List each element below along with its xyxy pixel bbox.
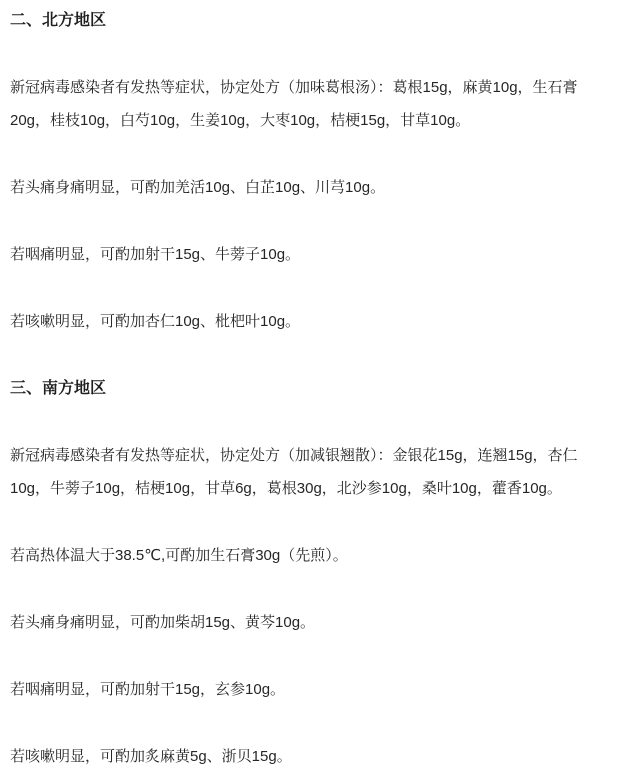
south-cough-addition-paragraph: 若咳嗽明显，可酌加炙麻黄5g、浙贝15g。 (10, 740, 629, 773)
text-line: 若高热体温大于38.5℃,可酌加生石膏30g（先煎）。 (10, 539, 629, 572)
north-headache-addition-paragraph: 若头痛身痛明显，可酌加羌活10g、白芷10g、川芎10g。 (10, 171, 629, 204)
text-line: 若咳嗽明显，可酌加炙麻黄5g、浙贝15g。 (10, 740, 629, 773)
document-page: 二、北方地区 新冠病毒感染者有发热等症状，协定处方（加味葛根汤）：葛根15g，麻… (0, 0, 637, 783)
south-prescription-paragraph: 新冠病毒感染者有发热等症状，协定处方（加减银翘散）：金银花15g，连翘15g，杏… (10, 439, 629, 505)
section-heading-south: 三、南方地区 (10, 372, 629, 405)
south-sore-throat-addition-paragraph: 若咽痛明显，可酌加射干15g，玄参10g。 (10, 673, 629, 706)
text-line: 若咽痛明显，可酌加射干15g，玄参10g。 (10, 673, 629, 706)
south-headache-addition-paragraph: 若头痛身痛明显，可酌加柴胡15g、黄芩10g。 (10, 606, 629, 639)
text-line: 10g，牛蒡子10g，桔梗10g，甘草6g，葛根30g，北沙参10g，桑叶10g… (10, 472, 629, 505)
text-line: 新冠病毒感染者有发热等症状，协定处方（加味葛根汤）：葛根15g，麻黄10g，生石… (10, 71, 629, 104)
north-sore-throat-addition-paragraph: 若咽痛明显，可酌加射干15g、牛蒡子10g。 (10, 238, 629, 271)
text-line: 20g，桂枝10g，白芍10g，生姜10g，大枣10g，桔梗15g，甘草10g。 (10, 104, 629, 137)
text-line: 新冠病毒感染者有发热等症状，协定处方（加减银翘散）：金银花15g，连翘15g，杏… (10, 439, 629, 472)
text-line: 若咽痛明显，可酌加射干15g、牛蒡子10g。 (10, 238, 629, 271)
south-high-fever-addition-paragraph: 若高热体温大于38.5℃,可酌加生石膏30g（先煎）。 (10, 539, 629, 572)
text-line: 若头痛身痛明显，可酌加柴胡15g、黄芩10g。 (10, 606, 629, 639)
north-cough-addition-paragraph: 若咳嗽明显，可酌加杏仁10g、枇杷叶10g。 (10, 305, 629, 338)
section-heading-north: 二、北方地区 (10, 4, 629, 37)
text-line: 若头痛身痛明显，可酌加羌活10g、白芷10g、川芎10g。 (10, 171, 629, 204)
north-prescription-paragraph: 新冠病毒感染者有发热等症状，协定处方（加味葛根汤）：葛根15g，麻黄10g，生石… (10, 71, 629, 137)
text-line: 若咳嗽明显，可酌加杏仁10g、枇杷叶10g。 (10, 305, 629, 338)
